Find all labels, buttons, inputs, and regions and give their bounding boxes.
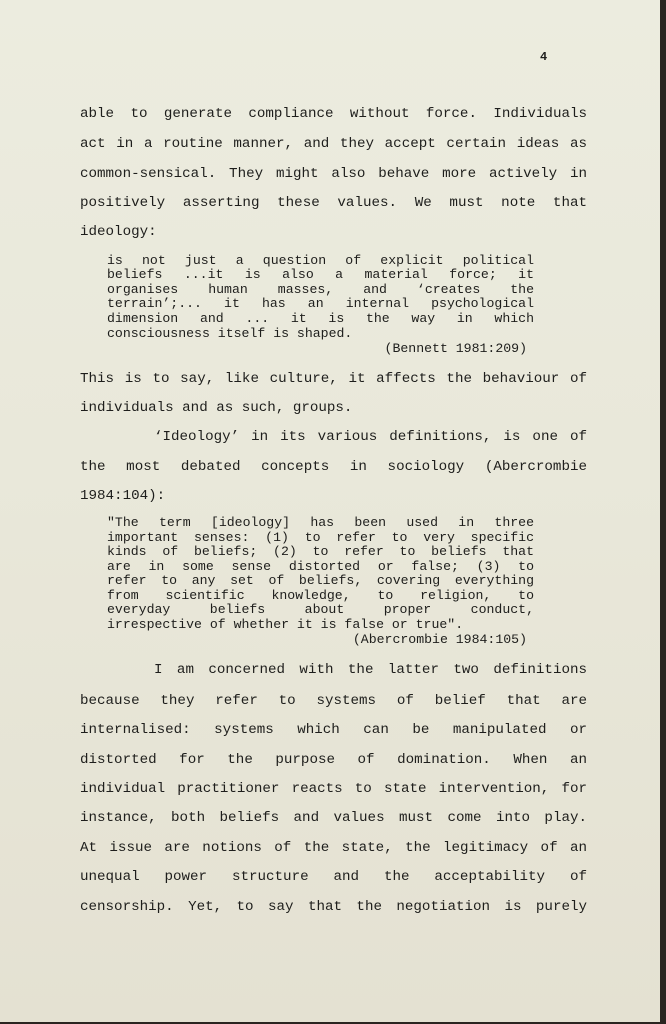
block-quote-1-citation: (Bennett 1981:209): [385, 341, 527, 356]
paragraph-2-line: individuals and as such, groups.: [80, 400, 587, 416]
paragraph-1-line: ideology:: [80, 224, 587, 240]
block-quote-1-line: dimension and ... it is the way in which: [107, 312, 534, 327]
block-quote-1-line: consciousness itself is shaped.: [107, 327, 534, 342]
paragraph-3-line: the most debated concepts in sociology (…: [80, 459, 587, 475]
document-page: 4 able to generate compliance without fo…: [0, 0, 660, 1022]
paragraph-1-line: able to generate compliance without forc…: [80, 106, 587, 122]
block-quote-2-line: kinds of beliefs; (2) to refer to belief…: [107, 545, 534, 560]
paragraph-3-line: ‘Ideology’ in its various definitions, i…: [80, 429, 587, 445]
block-quote-1-line: beliefs ...it is also a material force; …: [107, 268, 534, 283]
paragraph-1-line: act in a routine manner, and they accept…: [80, 136, 587, 152]
paragraph-4-line: At issue are notions of the state, the l…: [80, 840, 587, 856]
block-quote-2-line: irrespective of whether it is false or t…: [107, 618, 534, 633]
block-quote-2-line: "The term [ideology] has been used in th…: [107, 516, 534, 531]
paragraph-4-line: I am concerned with the latter two defin…: [80, 662, 587, 678]
block-quote-1-line: terrain’;... it has an internal psycholo…: [107, 297, 534, 312]
block-quote-2-citation: (Abercrombie 1984:105): [353, 632, 527, 647]
paragraph-1-line: common-sensical. They might also behave …: [80, 166, 587, 182]
block-quote-2-line: refer to any set of beliefs, covering ev…: [107, 574, 534, 589]
paragraph-4-line: because they refer to systems of belief …: [80, 693, 587, 709]
paragraph-2-line: This is to say, like culture, it affects…: [80, 371, 587, 387]
paragraph-4-line: internalised: systems which can be manip…: [80, 722, 587, 738]
paragraph-4-line: unequal power structure and the acceptab…: [80, 869, 587, 885]
paragraph-4-line: individual practitioner reacts to state …: [80, 781, 587, 797]
paragraph-4-line: distorted for the purpose of domination.…: [80, 752, 587, 768]
paragraph-1-line: positively asserting these values. We mu…: [80, 195, 587, 211]
paragraph-3-line: 1984:104):: [80, 488, 587, 504]
paragraph-4-line: censorship. Yet, to say that the negotia…: [80, 899, 587, 915]
page-number: 4: [540, 50, 547, 64]
block-quote-2-line: everyday beliefs about proper conduct,: [107, 603, 534, 618]
paragraph-4-line: instance, both beliefs and values must c…: [80, 810, 587, 826]
